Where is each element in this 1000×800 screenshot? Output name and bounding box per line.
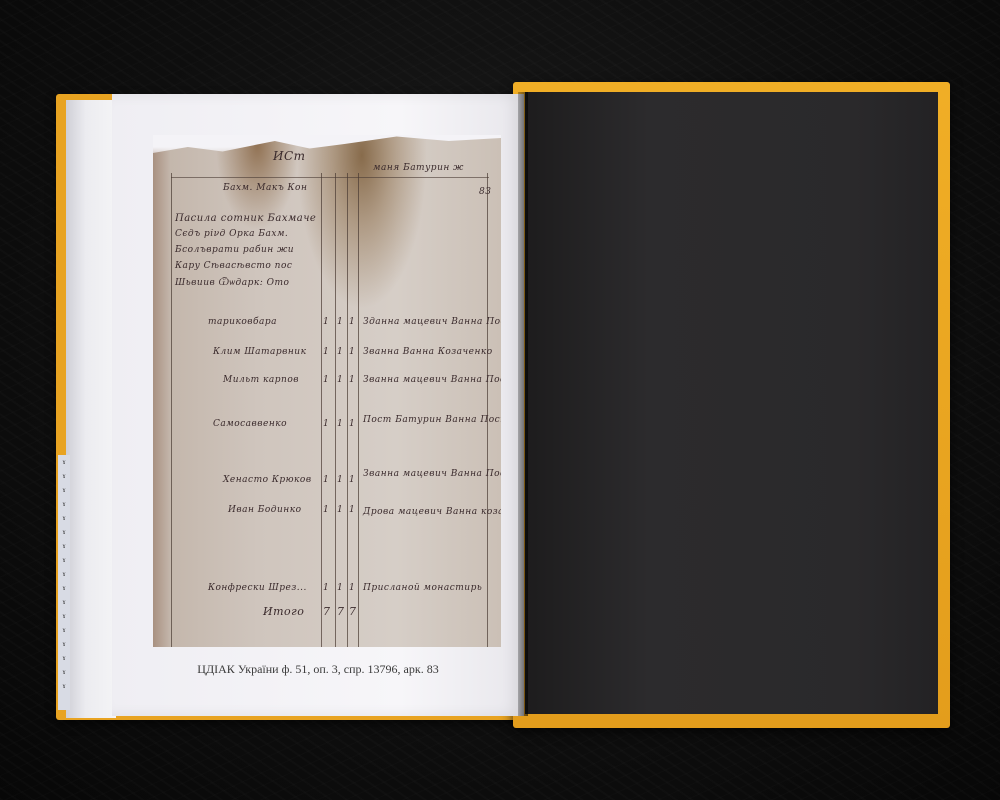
mark: 1 (323, 583, 329, 593)
margin-line (171, 173, 172, 647)
entry-left-cont: Сєдъ ріνд Орка Бахм. (175, 229, 288, 239)
mark: 1 (349, 419, 355, 429)
entry-left-cont: Кару Сѣвасѣвсто пос (175, 261, 292, 271)
mark: 1 (337, 419, 343, 429)
manuscript-photo: ИСт маня Батурин ж 83 Бахм. Макъ Кон Пас… (153, 135, 501, 647)
total-label: Итого (263, 605, 304, 618)
header-right: маня Батурин ж (373, 163, 464, 173)
entry-left-cont: Шьвиив Ѿѡдарк: Ото (175, 277, 289, 288)
entry-right: Зданна мацевич Ванна Постолка (363, 317, 501, 327)
entry-left: Бахм. Макъ Кон (223, 183, 307, 193)
column-line (335, 173, 336, 647)
entry-left: Иван Бодинко (228, 505, 302, 515)
column-line (347, 173, 348, 647)
entry-left-cont: Бсолъврати рабин жи (175, 245, 294, 255)
mark: 1 (349, 347, 355, 357)
mark: 1 (323, 347, 329, 357)
entry-right: Званна Ванна Козаченко (363, 347, 493, 357)
mark: 1 (337, 347, 343, 357)
column-line (321, 173, 322, 647)
entry-left: Мильт карпов (223, 375, 299, 385)
entry-left: Конфрески Шрез... (208, 583, 307, 593)
entry-right: Присланой монастирь (363, 583, 482, 593)
column-line (487, 173, 488, 647)
column-line (358, 173, 359, 647)
entry-left: тариковбара (208, 317, 277, 327)
image-caption: ЦДІАК України ф. 51, оп. 3, спр. 13796, … (112, 662, 524, 677)
mark: 1 (337, 375, 343, 385)
entry-left: Хенасто Крюков (223, 475, 312, 485)
mark: 1 (337, 317, 343, 327)
mark: 1 (349, 583, 355, 593)
mark: 1 (349, 505, 355, 515)
mark: 1 (323, 317, 329, 327)
total-1: 7 (323, 605, 331, 618)
header-text: ИСт (273, 149, 306, 163)
page-stack-edge (66, 100, 116, 718)
entry-right: Званна мацевич Ванна Постолка (363, 469, 501, 479)
entry-right: Званна мацевич Ванна Постолка (363, 375, 501, 385)
entry-left: Самосаввенко (213, 419, 287, 429)
total-3: 7 (349, 605, 357, 618)
mark: 1 (337, 583, 343, 593)
mark: 1 (323, 505, 329, 515)
mark: 1 (337, 475, 343, 485)
total-2: 7 (337, 605, 345, 618)
mark: 1 (323, 375, 329, 385)
mark: 1 (349, 475, 355, 485)
entry-left: Пасила сотник Бахмаче (175, 213, 316, 224)
mark: 1 (323, 475, 329, 485)
entry-right: Дрова мацевич Ванна козацька (363, 507, 501, 517)
entry-left: Клим Шатарвник (213, 347, 306, 357)
page-edge-notes: ɤɤɤɤɤɤɤɤɤɤɤɤɤɤɤɤɤ (58, 455, 70, 710)
mark: 1 (349, 317, 355, 327)
mark: 1 (349, 375, 355, 385)
mark: 1 (323, 419, 329, 429)
torn-edge (153, 135, 501, 165)
folio-number: 83 (479, 187, 491, 197)
entry-right: Пост Батурин Ванна Постолка (363, 415, 501, 425)
right-page-endpaper (525, 92, 938, 714)
header-line (171, 177, 489, 178)
book-gutter (518, 92, 528, 716)
mark: 1 (337, 505, 343, 515)
